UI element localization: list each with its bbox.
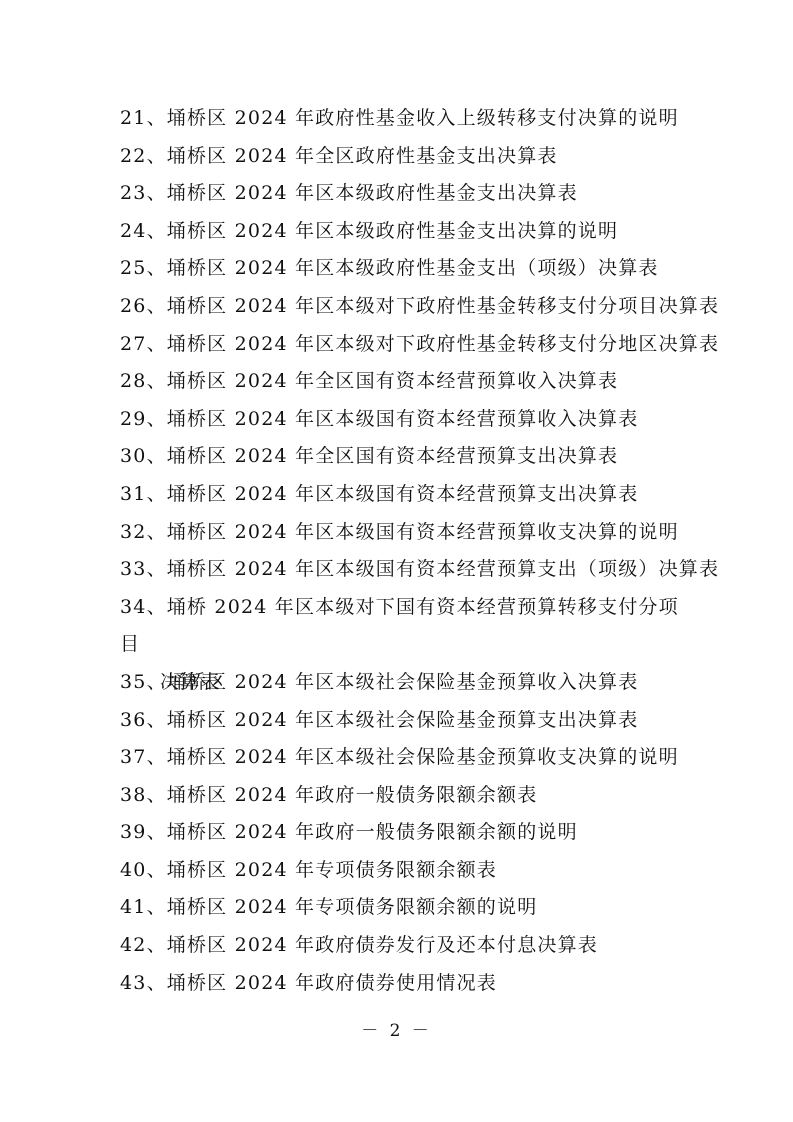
toc-item: 37、埇桥区 2024 年区本级社会保险基金预算收支决算的说明 [120, 739, 680, 777]
toc-item-line: 34、埇桥 2024 年区本级对下国有资本经营预算转移支付分项目 [120, 596, 679, 656]
toc-item: 27、埇桥区 2024 年区本级对下政府性基金转移支付分地区决算表 [120, 326, 680, 364]
page-number: － 2 － [0, 1016, 793, 1041]
document-page: 21、埇桥区 2024 年政府性基金收入上级转移支付决算的说明 22、埇桥区 2… [0, 0, 793, 1122]
toc-item: 40、埇桥区 2024 年专项债务限额余额表 [120, 852, 680, 890]
toc-item: 39、埇桥区 2024 年政府一般债务限额余额的说明 [120, 814, 680, 852]
toc-item: 25、埇桥区 2024 年区本级政府性基金支出（项级）决算表 [120, 250, 680, 288]
toc-item-multiline: 34、埇桥 2024 年区本级对下国有资本经营预算转移支付分项目 决算表 [120, 589, 680, 664]
toc-item: 41、埇桥区 2024 年专项债务限额余额的说明 [120, 889, 680, 927]
toc-item: 24、埇桥区 2024 年区本级政府性基金支出决算的说明 [120, 213, 680, 251]
toc-item: 30、埇桥区 2024 年全区国有资本经营预算支出决算表 [120, 438, 680, 476]
toc-item: 36、埇桥区 2024 年区本级社会保险基金预算支出决算表 [120, 702, 680, 740]
toc-item: 43、埇桥区 2024 年政府债券使用情况表 [120, 965, 680, 1003]
toc-item: 33、埇桥区 2024 年区本级国有资本经营预算支出（项级）决算表 [120, 551, 680, 589]
toc-item: 23、埇桥区 2024 年区本级政府性基金支出决算表 [120, 175, 680, 213]
toc-item: 42、埇桥区 2024 年政府债券发行及还本付息决算表 [120, 927, 680, 965]
toc-item: 35、埇桥区 2024 年区本级社会保险基金预算收入决算表 [120, 664, 680, 702]
toc-item: 31、埇桥区 2024 年区本级国有资本经营预算支出决算表 [120, 476, 680, 514]
toc-item: 38、埇桥区 2024 年政府一般债务限额余额表 [120, 777, 680, 815]
toc-item: 26、埇桥区 2024 年区本级对下政府性基金转移支付分项目决算表 [120, 288, 680, 326]
toc-item: 21、埇桥区 2024 年政府性基金收入上级转移支付决算的说明 [120, 100, 680, 138]
toc-item: 22、埇桥区 2024 年全区政府性基金支出决算表 [120, 138, 680, 176]
table-of-contents: 21、埇桥区 2024 年政府性基金收入上级转移支付决算的说明 22、埇桥区 2… [120, 100, 680, 1002]
toc-item: 28、埇桥区 2024 年全区国有资本经营预算收入决算表 [120, 363, 680, 401]
toc-item: 32、埇桥区 2024 年区本级国有资本经营预算收支决算的说明 [120, 514, 680, 552]
toc-item: 29、埇桥区 2024 年区本级国有资本经营预算收入决算表 [120, 401, 680, 439]
